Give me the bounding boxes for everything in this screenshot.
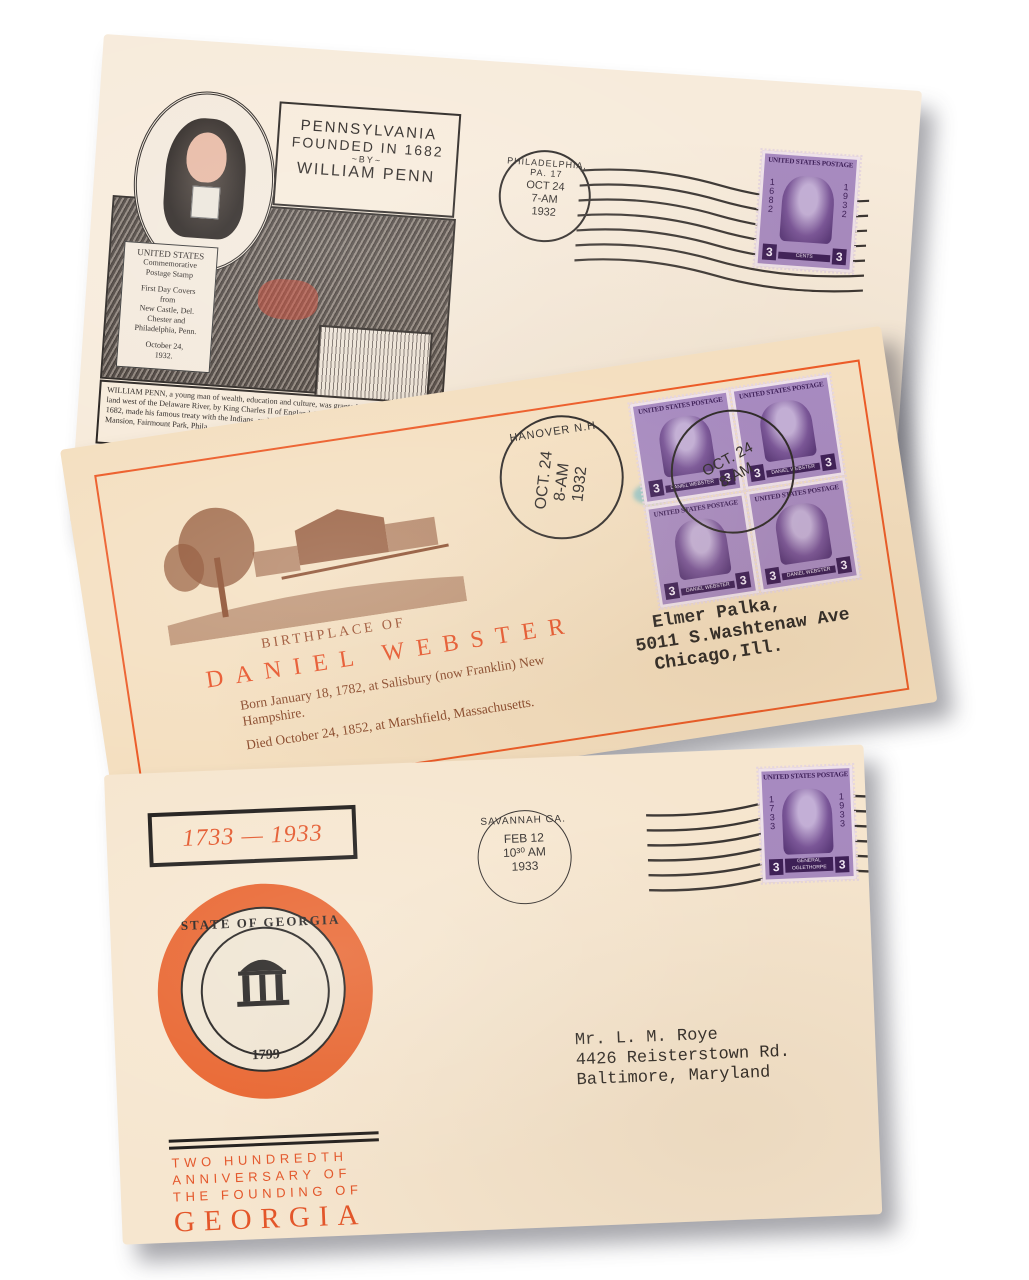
commemorative-info-box: UNITED STATES Commemorative Postage Stam…: [116, 241, 219, 373]
stamp-name: GENERAL OGLETHORPE: [785, 857, 834, 873]
stamp-header: UNITED STATES POSTAGE: [765, 155, 857, 169]
penn-title-box: PENNSYLVANIA FOUNDED IN 1682 ~BY~ WILLIA…: [272, 101, 461, 217]
stamp-value: 3: [664, 582, 680, 600]
william-penn-stamp: UNITED STATES POSTAGE 1682 1932 3 CENTS …: [754, 150, 860, 273]
stamp-name: DANIEL WEBSTER: [681, 581, 735, 596]
stamp-value: 3: [762, 243, 777, 260]
stamp-year-right: 1932: [839, 183, 851, 220]
penn-mansion-illustration: [314, 325, 433, 407]
seal-year: 1799: [185, 1045, 347, 1067]
stamp-value: 3: [735, 571, 751, 589]
georgia-bicentennial-cover: 1733 — 1933 STATE OF GEORGIA 1799 TWO HU…: [104, 744, 882, 1244]
stamp-denomination: CENTS: [778, 252, 830, 263]
georgia-title: GEORGIA: [173, 1198, 368, 1240]
stamp-value: 3: [832, 248, 847, 265]
anniversary-text: TWO HUNDREDTH ANNIVERSARY OF THE FOUNDIN…: [171, 1147, 368, 1240]
arch-columns-icon: [231, 948, 293, 1010]
stamp-value: 3: [765, 567, 781, 585]
stamp-year-right: 1933: [836, 792, 847, 828]
stamp-value: 3: [648, 479, 664, 497]
stamp-header: UNITED STATES POSTAGE: [761, 770, 849, 782]
stamp-year-left: 1733: [766, 795, 777, 831]
stamp-value: 3: [769, 859, 784, 876]
georgia-address: Mr. L. M. Roye 4426 Reisterstown Rd. Bal…: [575, 1023, 791, 1092]
state-of-georgia-seal: STATE OF GEORGIA 1799: [177, 904, 348, 1075]
postmark-year: 1933: [479, 857, 571, 875]
stamp-value: 3: [835, 856, 850, 873]
stamp-year-left: 1682: [765, 178, 777, 215]
stamp-value: 3: [836, 556, 852, 574]
date-range-box: 1733 — 1933: [148, 805, 358, 867]
general-oglethorpe-stamp: UNITED STATES POSTAGE 1733 1933 3 GENERA…: [758, 765, 856, 883]
savannah-postmark: SAVANNAH GA. FEB 12 10³⁰ AM 1933: [476, 808, 574, 906]
stamp-name: DANIEL WEBSTER: [782, 565, 836, 580]
stamp-value: 3: [820, 453, 836, 471]
postmark-rim: SAVANNAH GA.: [477, 813, 569, 828]
georgia-seal-ring: STATE OF GEORGIA 1799: [154, 879, 377, 1102]
